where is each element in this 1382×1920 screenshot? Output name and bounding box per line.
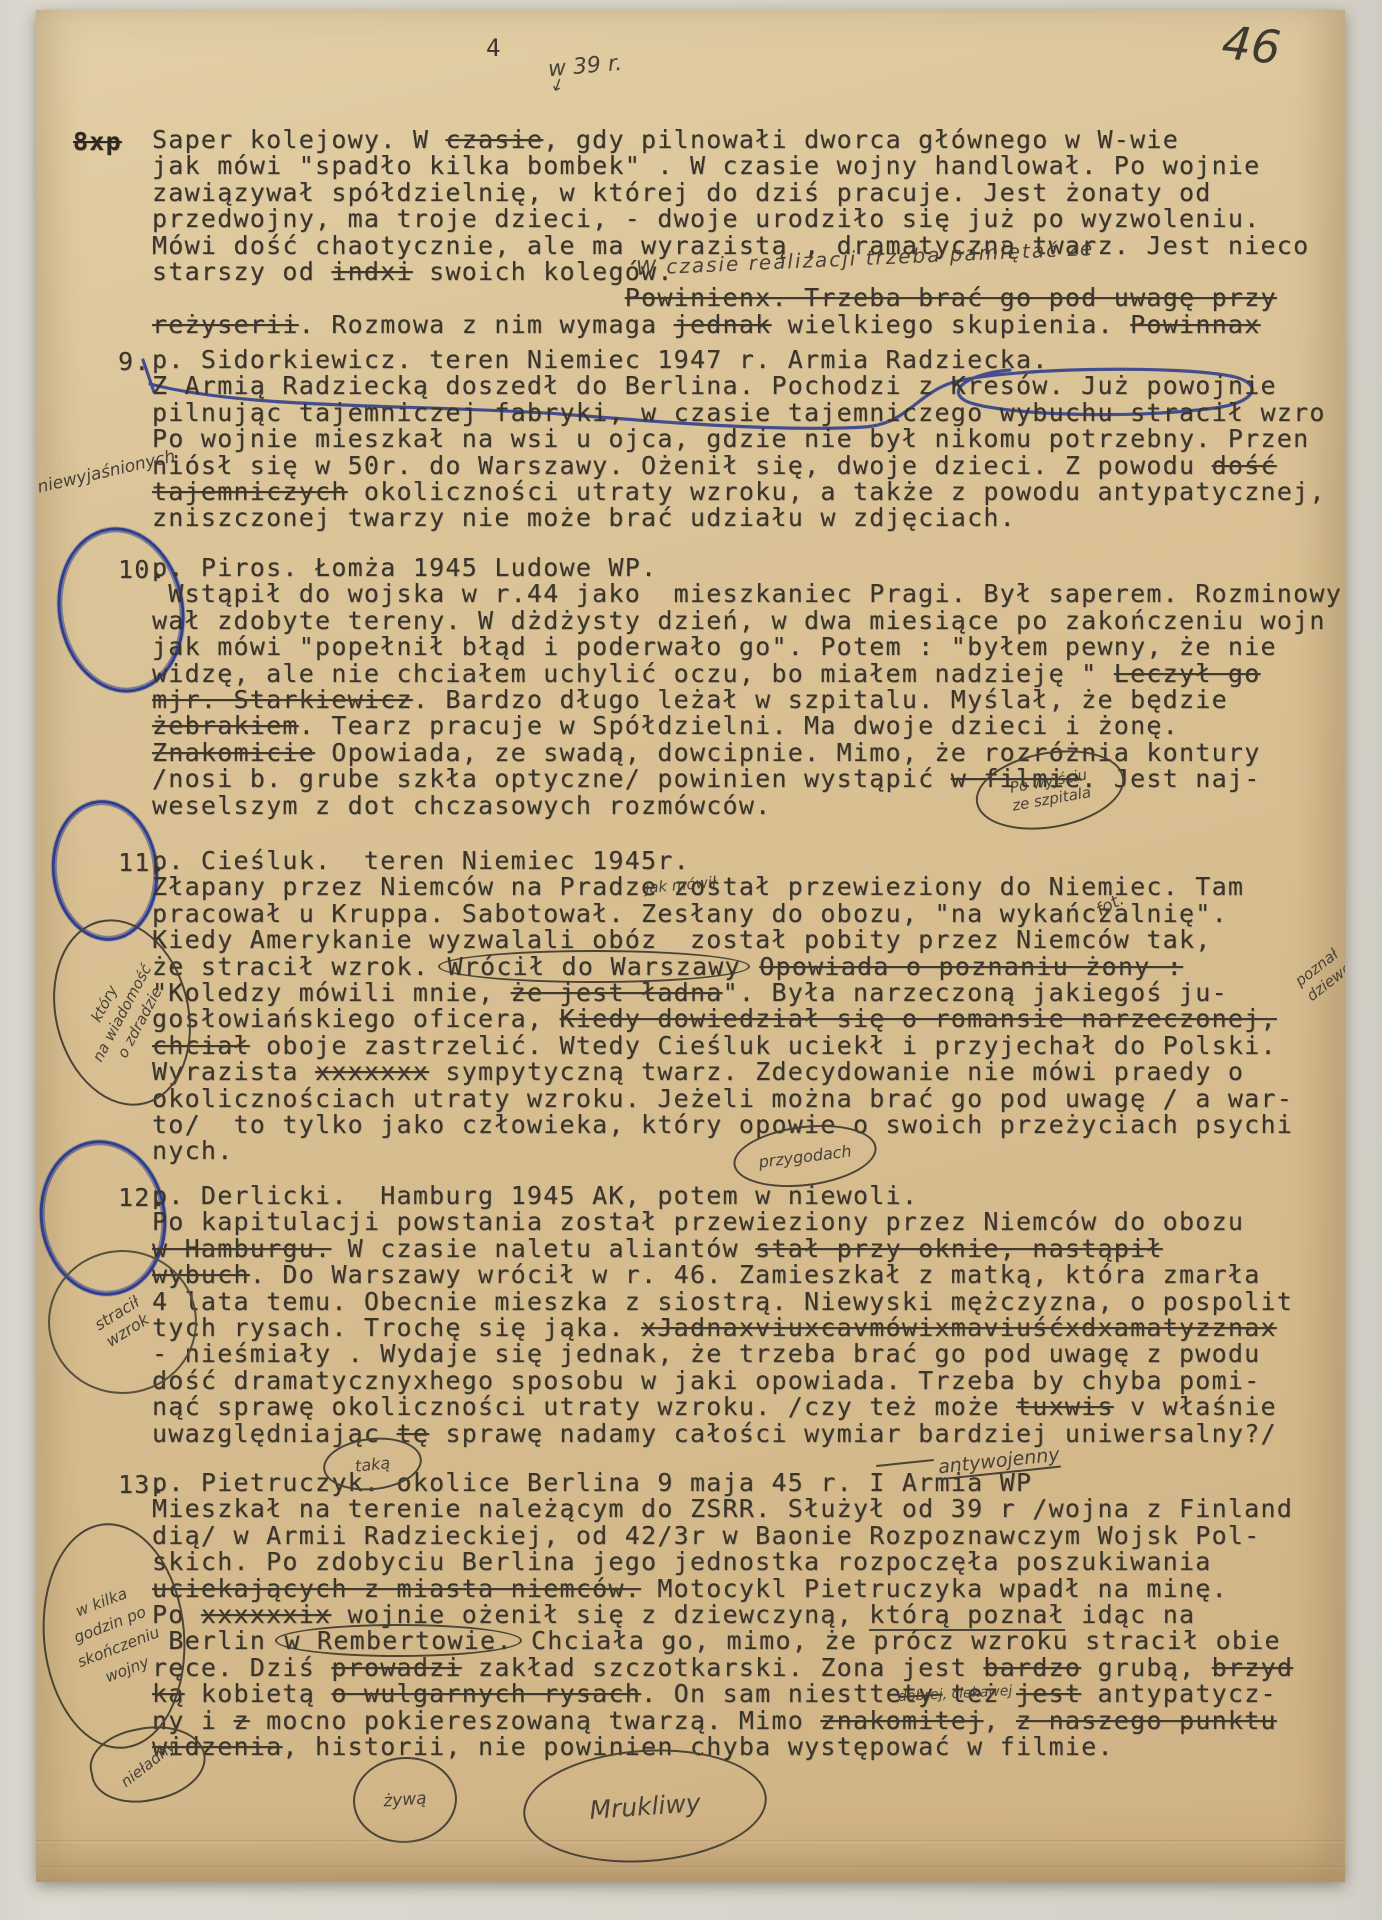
text-line: mjr. Starkiewicz. Bardzo długo leżał w s… [152, 687, 1342, 713]
text-line: /nosi b. grube szkła optyczne/ powinien … [152, 766, 1342, 792]
handwritten-met-girl-note: poznałdziewczyny [1291, 922, 1345, 1005]
paragraph-body: Wstąpił do wojska w r.44 jako mieszkanie… [152, 581, 1342, 819]
text-line: przedwojny, ma troje dzieci, - dwoje uro… [152, 206, 1309, 232]
handwritten-vivid-note: żywą [350, 1753, 460, 1846]
text-line: Po wojnie mieszkał na wsi u ojca, gdzie … [152, 426, 1326, 452]
text-line: dość dramatycznyxhego sposobu w jaki opo… [152, 1368, 1293, 1394]
paragraph-number: 12. [118, 1183, 167, 1212]
text-line: Po kapitulacji powstania został przewiez… [152, 1209, 1293, 1235]
hours-after-war-text: w kilkagodzin poskończeniuwojny [56, 1576, 171, 1697]
paragraph-heading: p. Derlicki. Hamburg 1945 AK, potem w ni… [152, 1183, 1293, 1209]
gruff-note-text: Mrukliwy [588, 1788, 701, 1825]
text-line: uwazględniając tę sprawę nadamy całości … [152, 1421, 1293, 1447]
paragraph-heading: p. Cieśluk. teren Niemiec 1945r. [152, 848, 1293, 874]
text-line: widzę, ale nie chciałem uchylić oczu, bo… [152, 661, 1342, 687]
text-line: zawiązywał spółdzielnię, w której do dzi… [152, 180, 1309, 206]
text-line: tych rysach. Trochę się jąka. xJadnaxviu… [152, 1315, 1293, 1341]
corner-mark: 46 [1219, 15, 1283, 75]
text-line: że stracił wzrok. Wrócił do Warszawy Opo… [152, 954, 1293, 980]
text-line: w Hamburgu. W czasie naletu aliantów sta… [152, 1236, 1293, 1262]
text-line: wybuch. Do Warszawy wrócił w r. 46. Zami… [152, 1262, 1293, 1288]
paragraph-number: 10. [118, 555, 167, 584]
paragraph-heading: p. Pietruczyk. okolice Berlina 9 maja 45… [152, 1470, 1293, 1496]
paragraph-13: 13. p. Pietruczyk. okolice Berlina 9 maj… [152, 1470, 1293, 1760]
text-line: Wyrazista xxxxxxx sympytyczną twarz. Zde… [152, 1059, 1293, 1085]
text-line: ką kobietą o wulgarnych rysach. On sam n… [152, 1681, 1293, 1707]
text-line: gosłowiańskiego oficera, Kiedy dowiedzia… [152, 1006, 1293, 1032]
text-line: Powinienx. Trzeba brać go pod uwagę przy [152, 285, 1309, 311]
paragraph-body: Złapany przez Niemców na Pradze został p… [152, 874, 1293, 1164]
paper-crease [36, 1840, 1345, 1843]
paragraph-11: 11. p. Cieśluk. teren Niemiec 1945r. Zła… [152, 848, 1293, 1165]
taka-note-text: taką [354, 1453, 391, 1476]
text-line: reżyserii. Rozmowa z nim wymaga jednak w… [152, 312, 1309, 338]
text-line: nych. [152, 1138, 1293, 1164]
text-line: niósł się w 50r. do Warszawy. Ożenił się… [152, 453, 1326, 479]
text-line: zniszczonej twarzy nie może brać udziału… [152, 505, 1326, 531]
text-line: jak mówi "popełnił błąd i poderwało go".… [152, 634, 1342, 660]
text-line: ny i z mocno pokiereszowaną twarzą. Mimo… [152, 1708, 1293, 1734]
text-line: Mieszkał na terenie należącym do ZSRR. S… [152, 1496, 1293, 1522]
text-line: nąć sprawę okoliczności utraty wzroku. /… [152, 1394, 1293, 1420]
paragraph-number: 9. [118, 347, 151, 376]
text-line: Po xxxxxxix wojnie ożenił się z dziewczy… [152, 1602, 1293, 1628]
paragraph-heading: p. Sidorkiewicz. teren Niemiec 1947 r. A… [152, 347, 1326, 373]
text-line: "Koledzy mówili mnie, że jest ładna". By… [152, 980, 1293, 1006]
adventures-note-text: przygodach [757, 1141, 852, 1171]
scan-background: 4 46 8xp Saper kolejowy. W czasie, gdy p… [0, 0, 1382, 1920]
text-line: to/ to tylko jako człowieka, który opowi… [152, 1112, 1293, 1138]
text-line: 4 lata temu. Obecnie mieszka z siostrą. … [152, 1289, 1293, 1315]
unattractive-note-text: nieładny [117, 1737, 179, 1791]
text-line: wał zdobyte tereny. W dżdżysty dzień, w … [152, 608, 1342, 634]
text-line: tajemniczych okoliczności utraty wzroku,… [152, 479, 1326, 505]
pencil-scribble-struck-word [876, 1459, 934, 1467]
paragraph-9: 9. p. Sidorkiewicz. teren Niemiec 1947 r… [152, 347, 1326, 532]
document-page: 4 46 8xp Saper kolejowy. W czasie, gdy p… [36, 10, 1345, 1882]
text-line: uciekających z miasta niemców. Motocykl … [152, 1576, 1293, 1602]
text-line: skich. Po zdobyciu Berlina jego jednostk… [152, 1549, 1293, 1575]
lost-sight-note-text: straciłwzrok [91, 1292, 154, 1352]
paragraph-heading: p. Piros. Łomża 1945 Ludowe WP. [152, 555, 1342, 581]
text-line: pilnując tajemniczej fabryki, w czasie t… [152, 400, 1326, 426]
text-line: chciał oboje zastrzelić. Wtedy Cieśluk u… [152, 1033, 1293, 1059]
paragraph-number: 8xp [73, 127, 122, 156]
paragraph-number: 11. [118, 848, 167, 877]
paragraph-12: 12. p. Derlicki. Hamburg 1945 AK, potem … [152, 1183, 1293, 1447]
paragraph-body: Mieszkał na terenie należącym do ZSRR. S… [152, 1496, 1293, 1760]
text-line: ręce. Dziś prowadzi zakład szczotkarski.… [152, 1655, 1293, 1681]
text-line: widzenia, historii, nie powinien chyba w… [152, 1734, 1293, 1760]
text-line: żebrakiem. Tearz pracuje w Spółdzielni. … [152, 713, 1342, 739]
text-line: Berlin w Rembertowie. Chciała go, mimo, … [152, 1628, 1293, 1654]
text-line: Znakomicie Opowiada, ze swadą, dowcipnie… [152, 740, 1342, 766]
paragraph-number: 13. [118, 1470, 167, 1499]
text-line: Z Armią Radziecką doszedł do Berlina. Po… [152, 373, 1326, 399]
betrayal-note-text: któryna wiadomośćo zdradzie [70, 951, 174, 1074]
paragraph-intro: 8xp Saper kolejowy. W czasie, gdy pilnow… [152, 127, 1309, 338]
handwritten-lost-sight-note: straciłwzrok [48, 1250, 197, 1394]
paragraph-body: Saper kolejowy. W czasie, gdy pilnowałi … [152, 127, 1309, 338]
vivid-note-text: żywą [383, 1789, 428, 1812]
text-line: jak mówi "spadło kilka bombek" . W czasi… [152, 153, 1309, 179]
text-line: okolicznościach utraty wzroku. Jeżeli mo… [152, 1086, 1293, 1112]
text-line: - nieśmiały . Wydaje się jednak, że trze… [152, 1341, 1293, 1367]
text-line: Saper kolejowy. W czasie, gdy pilnowałi … [152, 127, 1309, 153]
page-number: 4 [486, 34, 500, 62]
paragraph-10: 10. p. Piros. Łomża 1945 Ludowe WP. Wstą… [152, 555, 1342, 819]
paragraph-body: Z Armią Radziecką doszedł do Berlina. Po… [152, 373, 1326, 531]
text-line: dią/ w Armii Radzieckiej, od 42/3r w Bao… [152, 1523, 1293, 1549]
text-line: Kiedy Amerykanie wyzwalali obóz został p… [152, 927, 1293, 953]
paper-crease [36, 1866, 1345, 1869]
paragraph-body: Po kapitulacji powstania został przewiez… [152, 1209, 1293, 1447]
text-line: Wstąpił do wojska w r.44 jako mieszkanie… [152, 581, 1342, 607]
text-line: weselszym z dot chczasowych rozmówców. [152, 793, 1342, 819]
